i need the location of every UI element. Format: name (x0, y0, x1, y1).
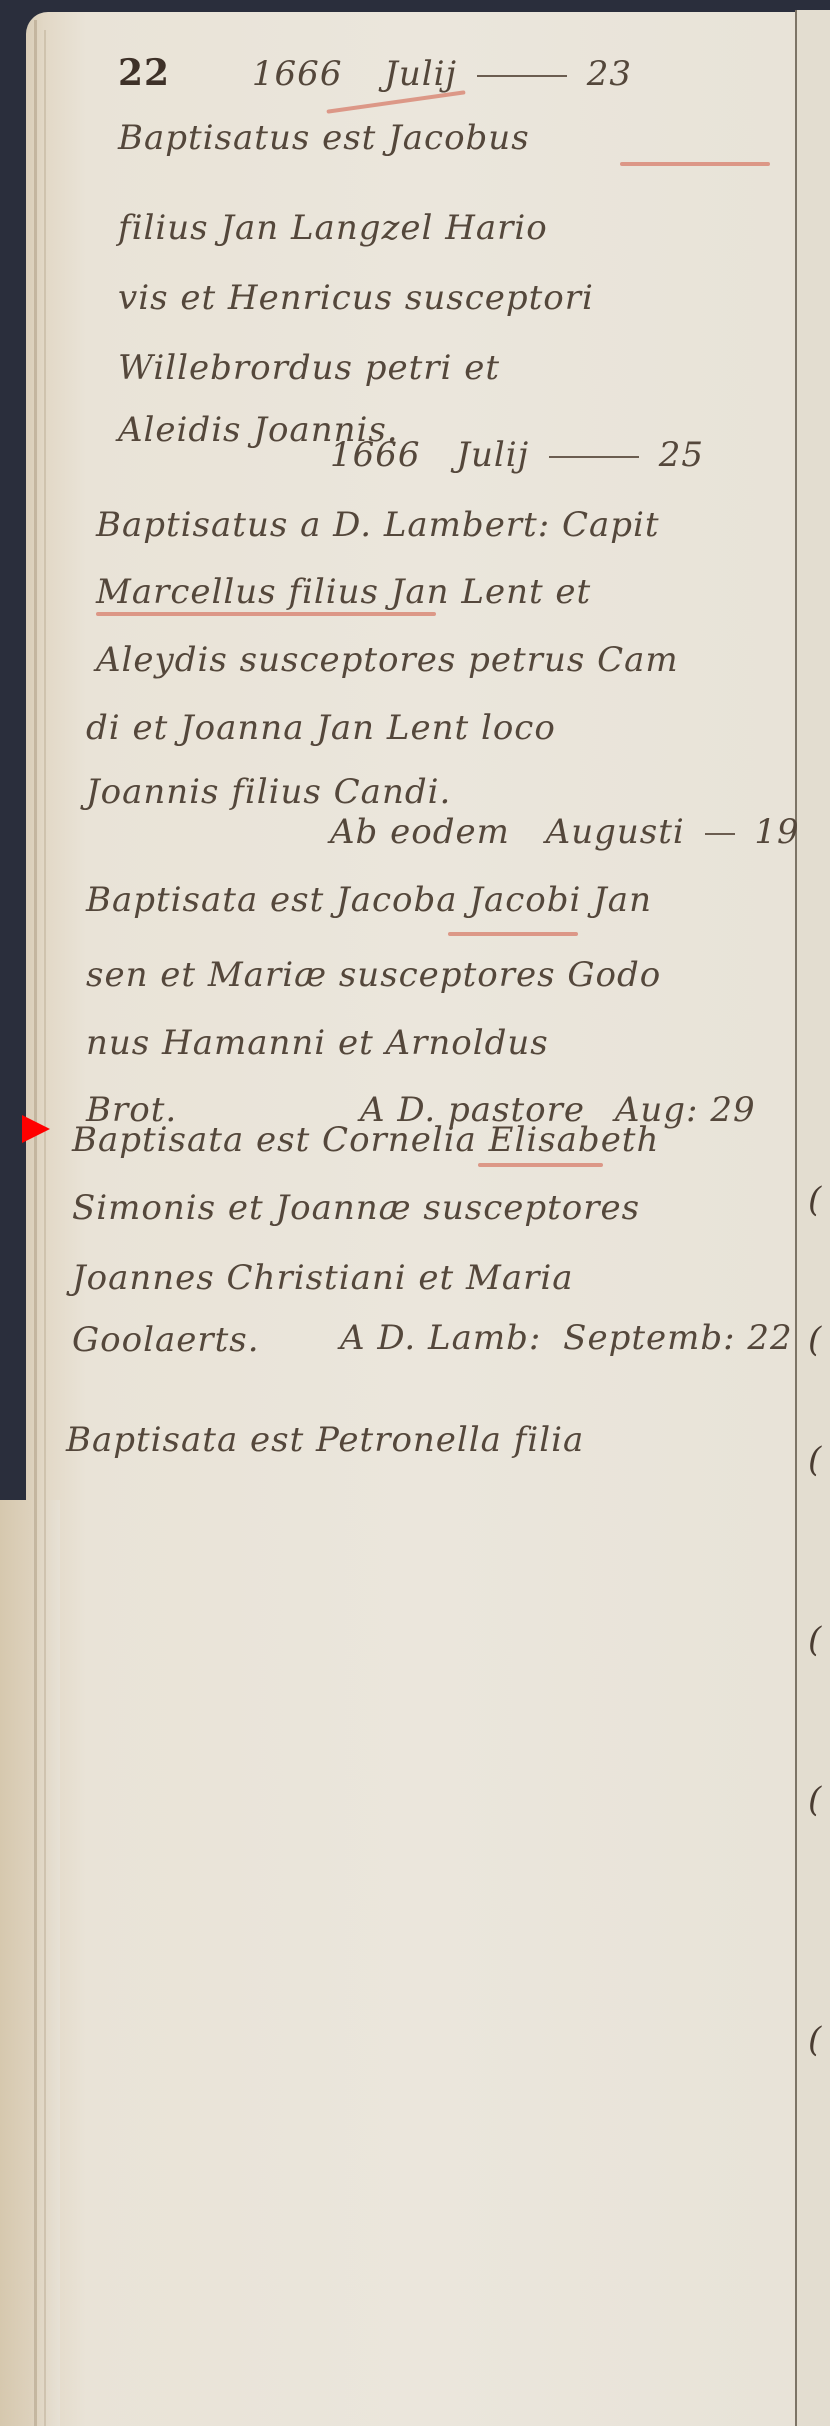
date-month: Augusti (546, 812, 685, 852)
entry-line: Baptisatus est Jacobus (118, 118, 530, 158)
page-edge-line-inner (44, 30, 46, 2426)
page-number: 22 (118, 52, 170, 94)
date-month: Septemb: (563, 1318, 735, 1358)
entry-line: filius Jan Langzel Hario (118, 208, 548, 248)
date-day: 22 (747, 1318, 792, 1358)
date-line: 22 1666 Julij 23 (118, 52, 632, 94)
date-day: 23 (587, 54, 632, 94)
entry-line: Joannes Christiani et Maria (72, 1258, 574, 1298)
date-dash (549, 456, 639, 458)
date-year: 1666 (330, 435, 421, 475)
adjacent-page-ink: ( (808, 1320, 821, 1360)
entry-line: Aleydis susceptores petrus Cam (96, 640, 679, 680)
date-prefix: A D. Lamb: (340, 1318, 541, 1358)
entry-line: Marcellus filius Jan Lent et (96, 572, 591, 612)
red-underline (448, 932, 578, 936)
date-day: 19 (754, 812, 799, 852)
entry-line: Baptisata est Petronella filia (66, 1420, 584, 1460)
red-underline (478, 1163, 603, 1167)
date-month: Julij (384, 54, 457, 94)
entry-line: nus Hamanni et Arnoldus (86, 1023, 549, 1063)
adjacent-page-ink: ( (808, 1440, 821, 1480)
entry-line: Joannis filius Candi. (86, 772, 451, 812)
entry-line: vis et Henricus susceptori (118, 278, 594, 318)
adjacent-page-ink: ( (808, 1780, 821, 1820)
date-day: 25 (659, 435, 704, 475)
entry-line: Baptisata est Cornelia Elisabeth (72, 1120, 659, 1160)
date-line: 1666 Julij 25 (330, 435, 704, 475)
entry-line: Goolaerts. (72, 1320, 260, 1360)
date-prefix: Ab eodem (330, 812, 510, 852)
entry-line: Baptisatus a D. Lambert: Capit (96, 505, 660, 545)
manuscript-page: ( ( ( ( ( ( 22 1666 Julij 23 Baptisatus … (0, 0, 830, 2426)
red-underline (620, 162, 770, 166)
date-line: Ab eodem Augusti 19 (330, 812, 800, 852)
red-arrow-marker-icon (22, 1115, 50, 1143)
adjacent-page-ink: ( (808, 1180, 821, 1220)
adjacent-page-ink: ( (808, 1620, 821, 1660)
page-edge-line (34, 20, 37, 2426)
date-day: 29 (710, 1090, 755, 1130)
entry-line: Willebrordus petri et (118, 348, 500, 388)
entry-line: Baptisata est Jacoba Jacobi Jan (86, 880, 652, 920)
date-year: 1666 (252, 54, 343, 94)
entry-line: sen et Mariæ susceptores Godo (86, 955, 661, 995)
scan-background-top (0, 0, 830, 12)
margin-ruling-line (795, 10, 797, 2426)
date-dash (477, 75, 567, 77)
date-line: A D. Lamb: Septemb: 22 (340, 1318, 793, 1358)
date-month: Julij (456, 435, 529, 475)
red-underline (96, 612, 436, 616)
paper-leaf-binding (0, 1500, 60, 2426)
date-dash (705, 833, 735, 835)
adjacent-page-ink: ( (808, 2020, 821, 2060)
entry-line: di et Joanna Jan Lent loco (86, 708, 556, 748)
entry-line: Simonis et Joannæ susceptores (72, 1188, 640, 1228)
